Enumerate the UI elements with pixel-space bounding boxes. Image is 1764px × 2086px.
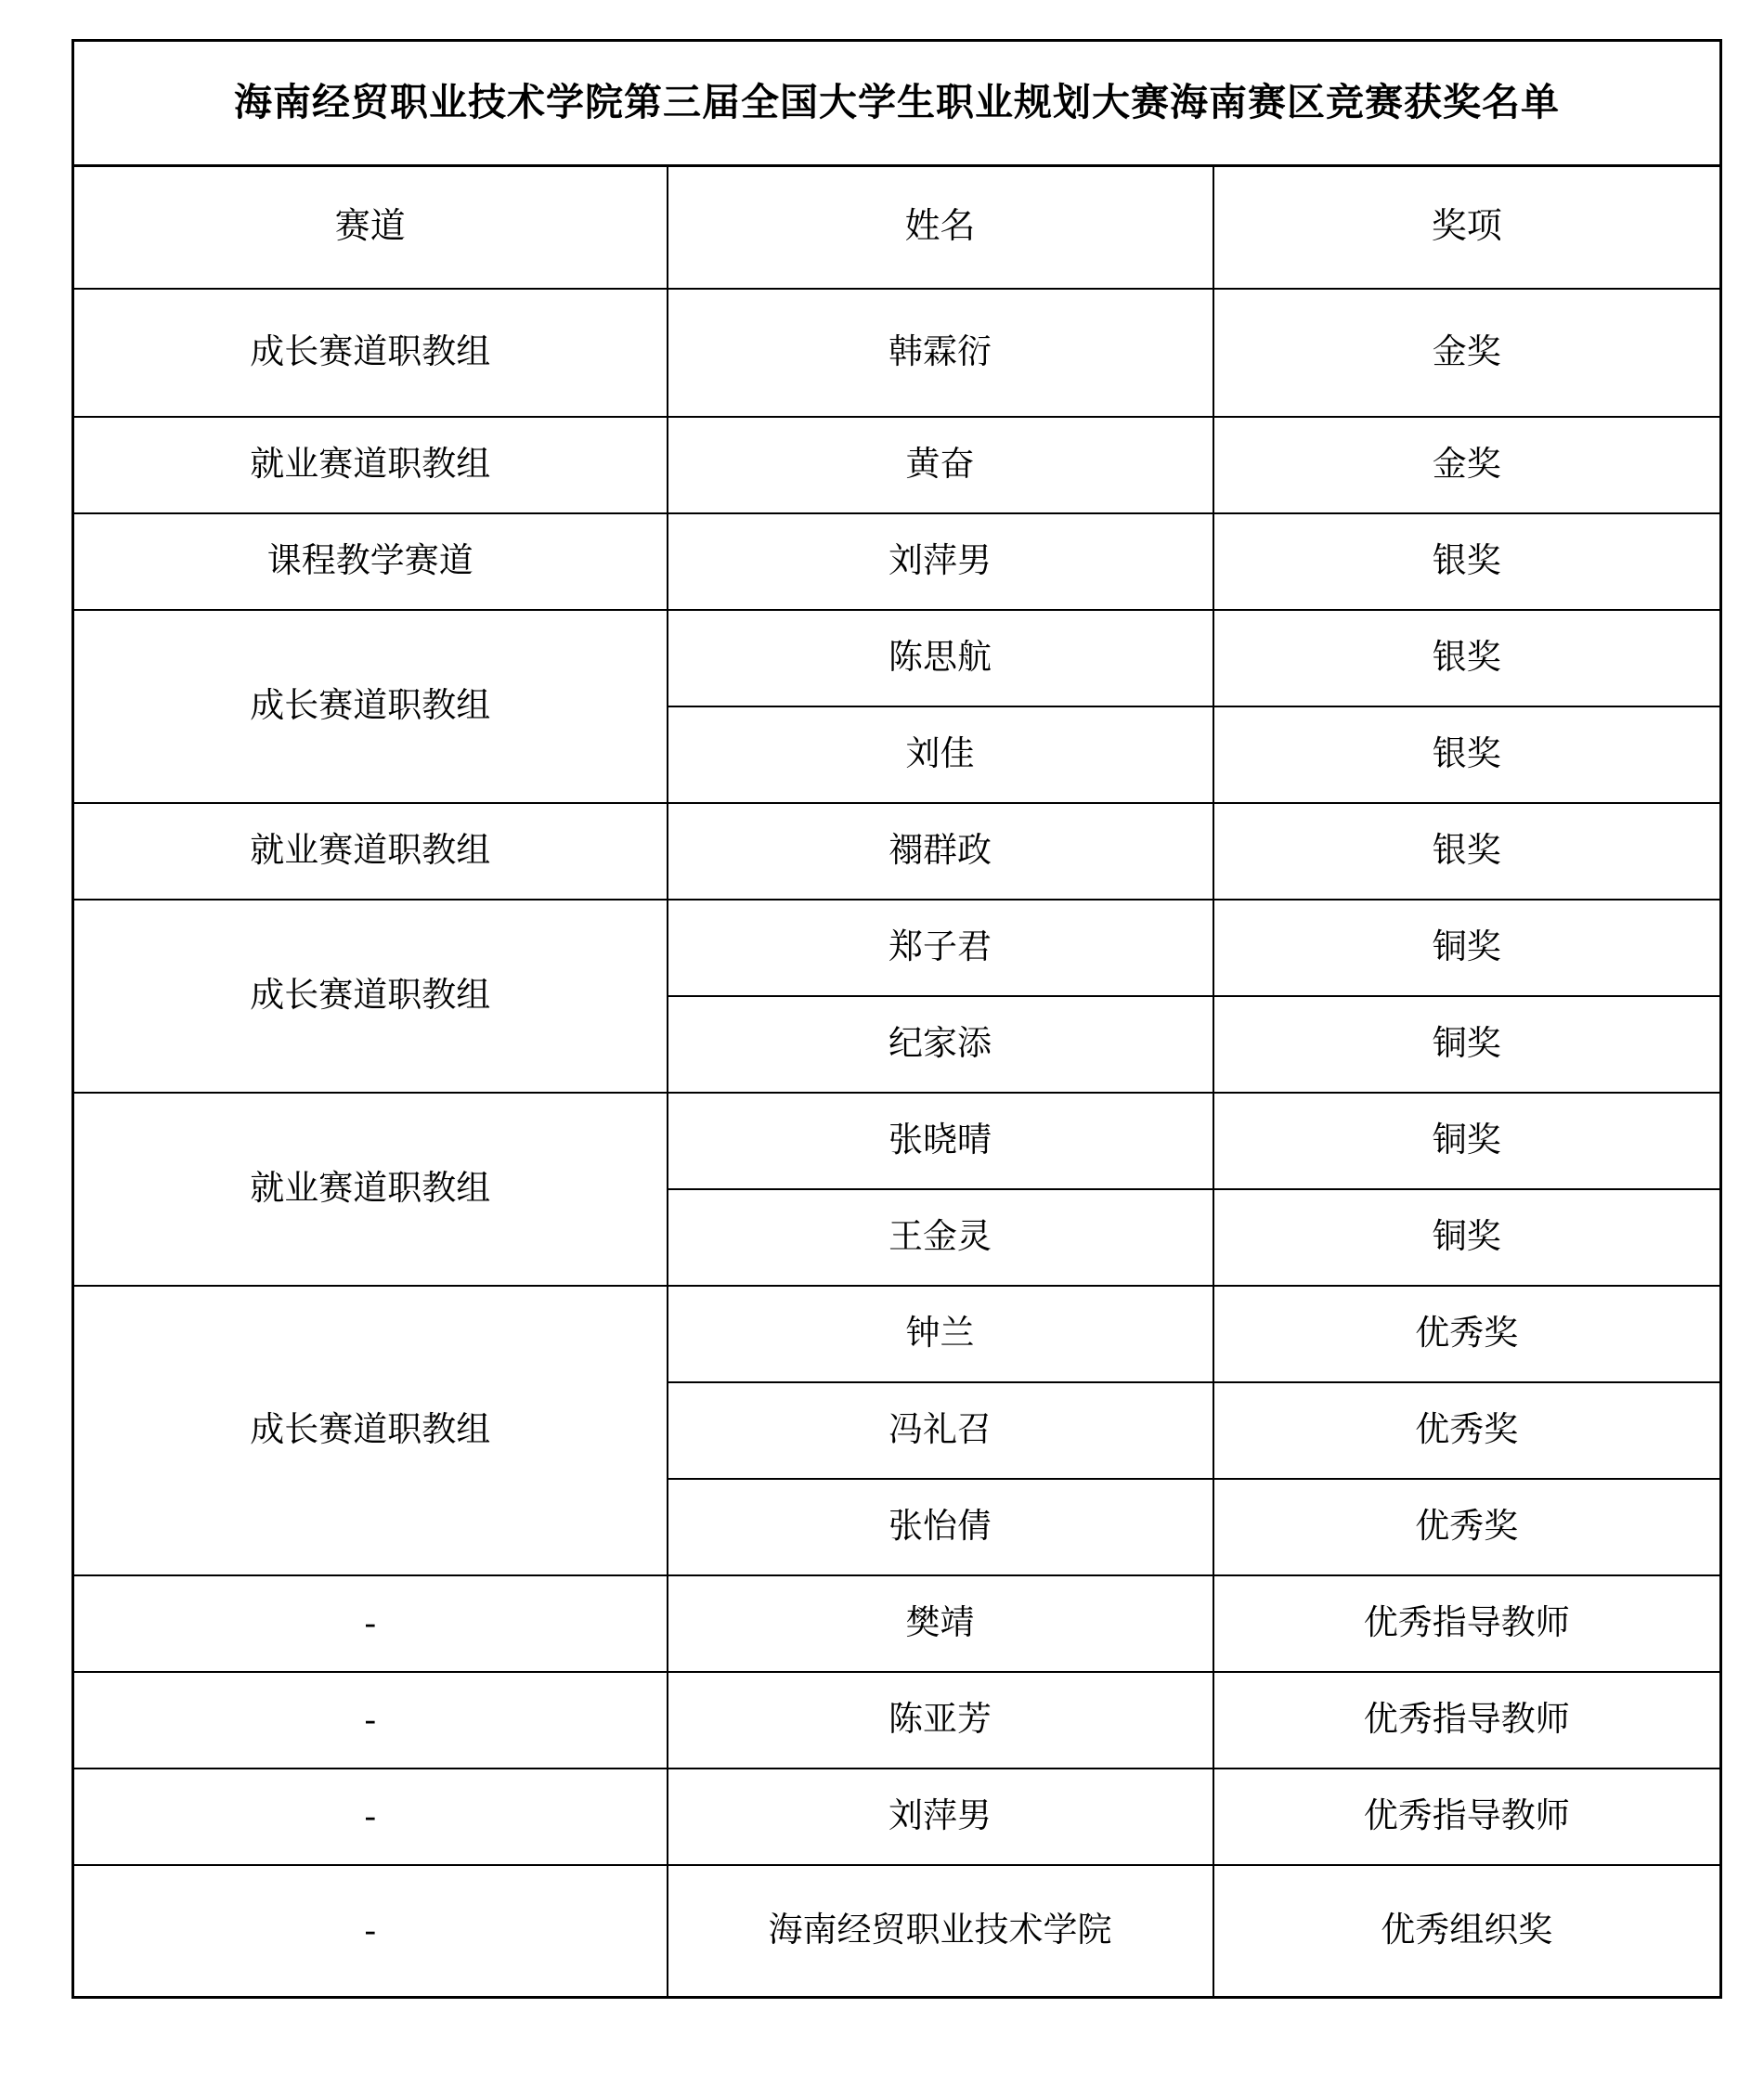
- column-header-track: 赛道: [73, 166, 668, 290]
- table-row: 成长赛道职教组钟兰优秀奖: [73, 1286, 1721, 1382]
- award-cell: 银奖: [1213, 706, 1721, 803]
- name-cell: 韩霖衍: [668, 289, 1213, 417]
- name-cell: 刘萍男: [668, 1769, 1213, 1865]
- header-row: 赛道姓名奖项: [73, 166, 1721, 290]
- name-cell: 张晓晴: [668, 1093, 1213, 1189]
- name-cell: 郑子君: [668, 900, 1213, 996]
- track-cell: 成长赛道职教组: [73, 610, 668, 803]
- award-cell: 金奖: [1213, 289, 1721, 417]
- award-cell: 银奖: [1213, 610, 1721, 706]
- track-cell: 成长赛道职教组: [73, 1286, 668, 1575]
- award-cell: 铜奖: [1213, 900, 1721, 996]
- table-row: -陈亚芳优秀指导教师: [73, 1672, 1721, 1769]
- table-row: 就业赛道职教组张晓晴铜奖: [73, 1093, 1721, 1189]
- table-row: 成长赛道职教组郑子君铜奖: [73, 900, 1721, 996]
- awards-table: 海南经贸职业技术学院第三届全国大学生职业规划大赛海南赛区竞赛获奖名单 赛道姓名奖…: [71, 39, 1722, 1999]
- track-cell: -: [73, 1865, 668, 1998]
- table-title: 海南经贸职业技术学院第三届全国大学生职业规划大赛海南赛区竞赛获奖名单: [73, 41, 1721, 166]
- table-row: 就业赛道职教组禤群政银奖: [73, 803, 1721, 900]
- award-cell: 优秀组织奖: [1213, 1865, 1721, 1998]
- award-cell: 优秀指导教师: [1213, 1672, 1721, 1769]
- name-cell: 樊靖: [668, 1575, 1213, 1672]
- track-cell: -: [73, 1575, 668, 1672]
- name-cell: 冯礼召: [668, 1382, 1213, 1479]
- award-cell: 铜奖: [1213, 1189, 1721, 1286]
- table-row: 成长赛道职教组韩霖衍金奖: [73, 289, 1721, 417]
- track-cell: 成长赛道职教组: [73, 900, 668, 1093]
- name-cell: 刘萍男: [668, 513, 1213, 610]
- award-cell: 金奖: [1213, 417, 1721, 513]
- award-cell: 铜奖: [1213, 996, 1721, 1093]
- track-cell: 就业赛道职教组: [73, 803, 668, 900]
- award-cell: 优秀指导教师: [1213, 1575, 1721, 1672]
- name-cell: 禤群政: [668, 803, 1213, 900]
- table-row: 就业赛道职教组黄奋金奖: [73, 417, 1721, 513]
- award-cell: 铜奖: [1213, 1093, 1721, 1189]
- table-row: -樊靖优秀指导教师: [73, 1575, 1721, 1672]
- name-cell: 王金灵: [668, 1189, 1213, 1286]
- track-cell: 课程教学赛道: [73, 513, 668, 610]
- table-row: -刘萍男优秀指导教师: [73, 1769, 1721, 1865]
- track-cell: -: [73, 1672, 668, 1769]
- award-cell: 银奖: [1213, 803, 1721, 900]
- track-cell: 成长赛道职教组: [73, 289, 668, 417]
- award-cell: 银奖: [1213, 513, 1721, 610]
- table-body: 成长赛道职教组韩霖衍金奖就业赛道职教组黄奋金奖课程教学赛道刘萍男银奖成长赛道职教…: [73, 289, 1721, 1998]
- name-cell: 黄奋: [668, 417, 1213, 513]
- track-cell: 就业赛道职教组: [73, 417, 668, 513]
- table-row: -海南经贸职业技术学院优秀组织奖: [73, 1865, 1721, 1998]
- award-cell: 优秀奖: [1213, 1286, 1721, 1382]
- name-cell: 陈思航: [668, 610, 1213, 706]
- document-page: 海南经贸职业技术学院第三届全国大学生职业规划大赛海南赛区竞赛获奖名单 赛道姓名奖…: [71, 39, 1722, 1999]
- table-row: 成长赛道职教组陈思航银奖: [73, 610, 1721, 706]
- title-row: 海南经贸职业技术学院第三届全国大学生职业规划大赛海南赛区竞赛获奖名单: [73, 41, 1721, 166]
- column-header-award: 奖项: [1213, 166, 1721, 290]
- award-cell: 优秀奖: [1213, 1382, 1721, 1479]
- name-cell: 陈亚芳: [668, 1672, 1213, 1769]
- award-cell: 优秀指导教师: [1213, 1769, 1721, 1865]
- name-cell: 刘佳: [668, 706, 1213, 803]
- name-cell: 张怡倩: [668, 1479, 1213, 1575]
- track-cell: -: [73, 1769, 668, 1865]
- table-row: 课程教学赛道刘萍男银奖: [73, 513, 1721, 610]
- name-cell: 纪家添: [668, 996, 1213, 1093]
- name-cell: 钟兰: [668, 1286, 1213, 1382]
- track-cell: 就业赛道职教组: [73, 1093, 668, 1286]
- award-cell: 优秀奖: [1213, 1479, 1721, 1575]
- name-cell: 海南经贸职业技术学院: [668, 1865, 1213, 1998]
- column-header-name: 姓名: [668, 166, 1213, 290]
